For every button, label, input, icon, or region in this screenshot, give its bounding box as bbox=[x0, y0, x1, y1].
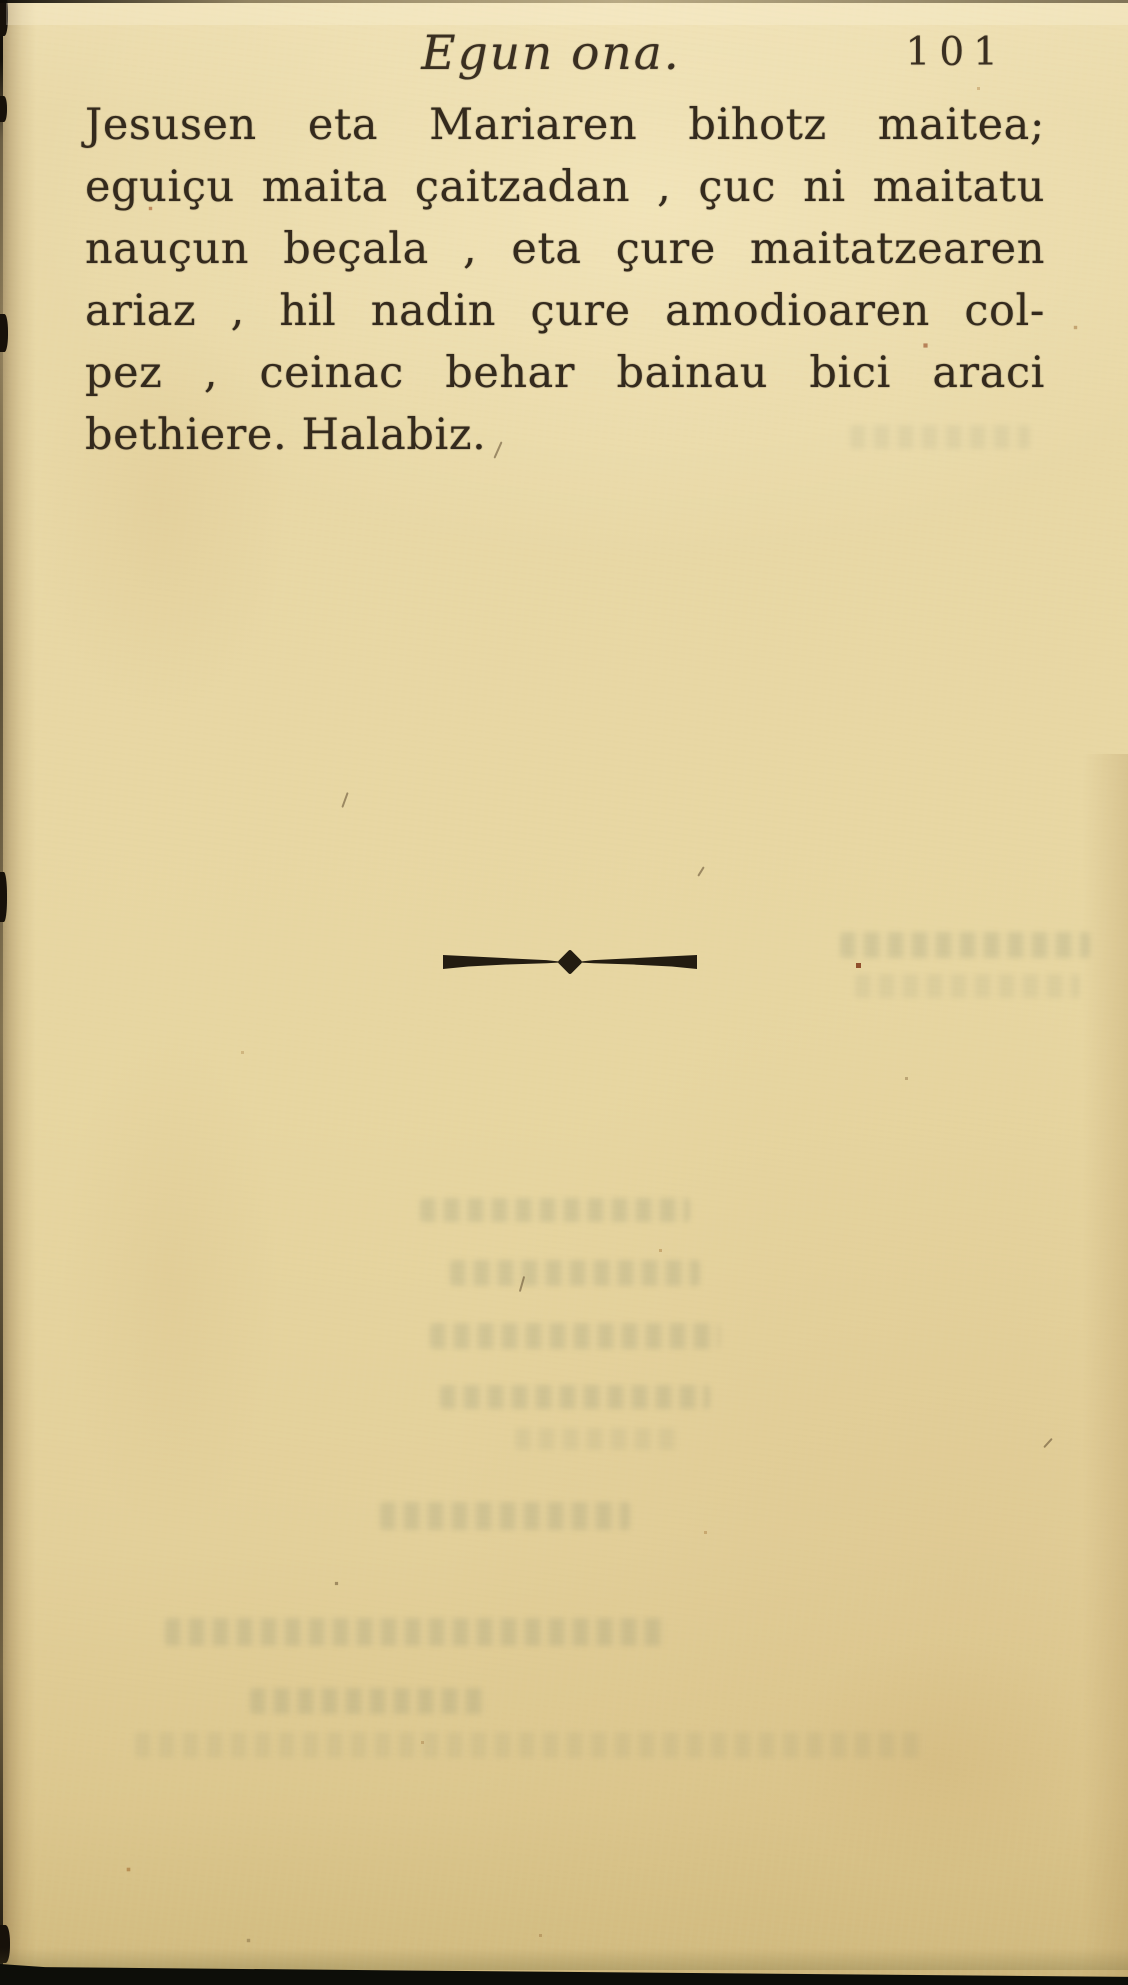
show-through-ghost bbox=[450, 1260, 700, 1286]
paper-stain bbox=[60, 1020, 280, 1540]
scanned-book-page: Egun ona. 101 Jesusen eta Mariaren bihot… bbox=[0, 0, 1128, 1985]
pen-mark bbox=[341, 792, 348, 808]
show-through-ghost bbox=[250, 1688, 485, 1714]
page-number: 101 bbox=[906, 30, 1007, 75]
show-through-ghost bbox=[420, 1198, 690, 1222]
show-through-ghost bbox=[855, 974, 1080, 998]
show-through-ghost bbox=[380, 1502, 630, 1530]
binding-mark bbox=[0, 96, 7, 122]
show-through-ghost bbox=[515, 1428, 680, 1450]
pen-mark bbox=[1043, 1438, 1053, 1448]
show-through-ghost bbox=[165, 1618, 665, 1646]
binding-mark bbox=[0, 314, 8, 352]
show-through-ghost bbox=[135, 1732, 925, 1758]
body-line: bethiere. Halabiz. bbox=[85, 404, 1045, 466]
top-page-edge-highlight bbox=[6, 3, 1128, 25]
show-through-ghost bbox=[440, 1385, 710, 1409]
body-line: eguiçu maita çaitzadan , çuc ni maitatu bbox=[85, 156, 1045, 218]
body-line: nauçun beçala , eta çure maitatzearen bbox=[85, 218, 1045, 280]
left-scan-edge bbox=[0, 0, 3, 1985]
page-header-row: Egun ona. 101 bbox=[85, 26, 1045, 82]
body-line: Jesusen eta Mariaren bihotz maitea; bbox=[85, 94, 1045, 156]
binding-gutter-shadow bbox=[0, 0, 36, 1985]
section-divider-ornament-icon bbox=[443, 951, 697, 973]
running-header-title: Egun ona. bbox=[71, 26, 1031, 81]
paper-stain bbox=[780, 1640, 1100, 1880]
body-line: pez , ceinac behar bainau bici araci bbox=[85, 342, 1045, 404]
ornament-center-diamond bbox=[557, 949, 582, 974]
show-through-ghost bbox=[430, 1323, 720, 1349]
binding-mark bbox=[0, 872, 7, 922]
pen-mark bbox=[697, 866, 705, 876]
bottom-edge-shadow bbox=[0, 1948, 1128, 1970]
body-text-block: Jesusen eta Mariaren bihotz maitea; egui… bbox=[85, 94, 1045, 466]
body-line: ariaz , hil nadin çure amodioaren col- bbox=[85, 280, 1045, 342]
right-edge-shade bbox=[1082, 754, 1128, 1985]
show-through-ghost bbox=[840, 932, 1090, 958]
ornament-left-rule bbox=[443, 954, 558, 970]
ornament-right-rule bbox=[582, 954, 697, 970]
